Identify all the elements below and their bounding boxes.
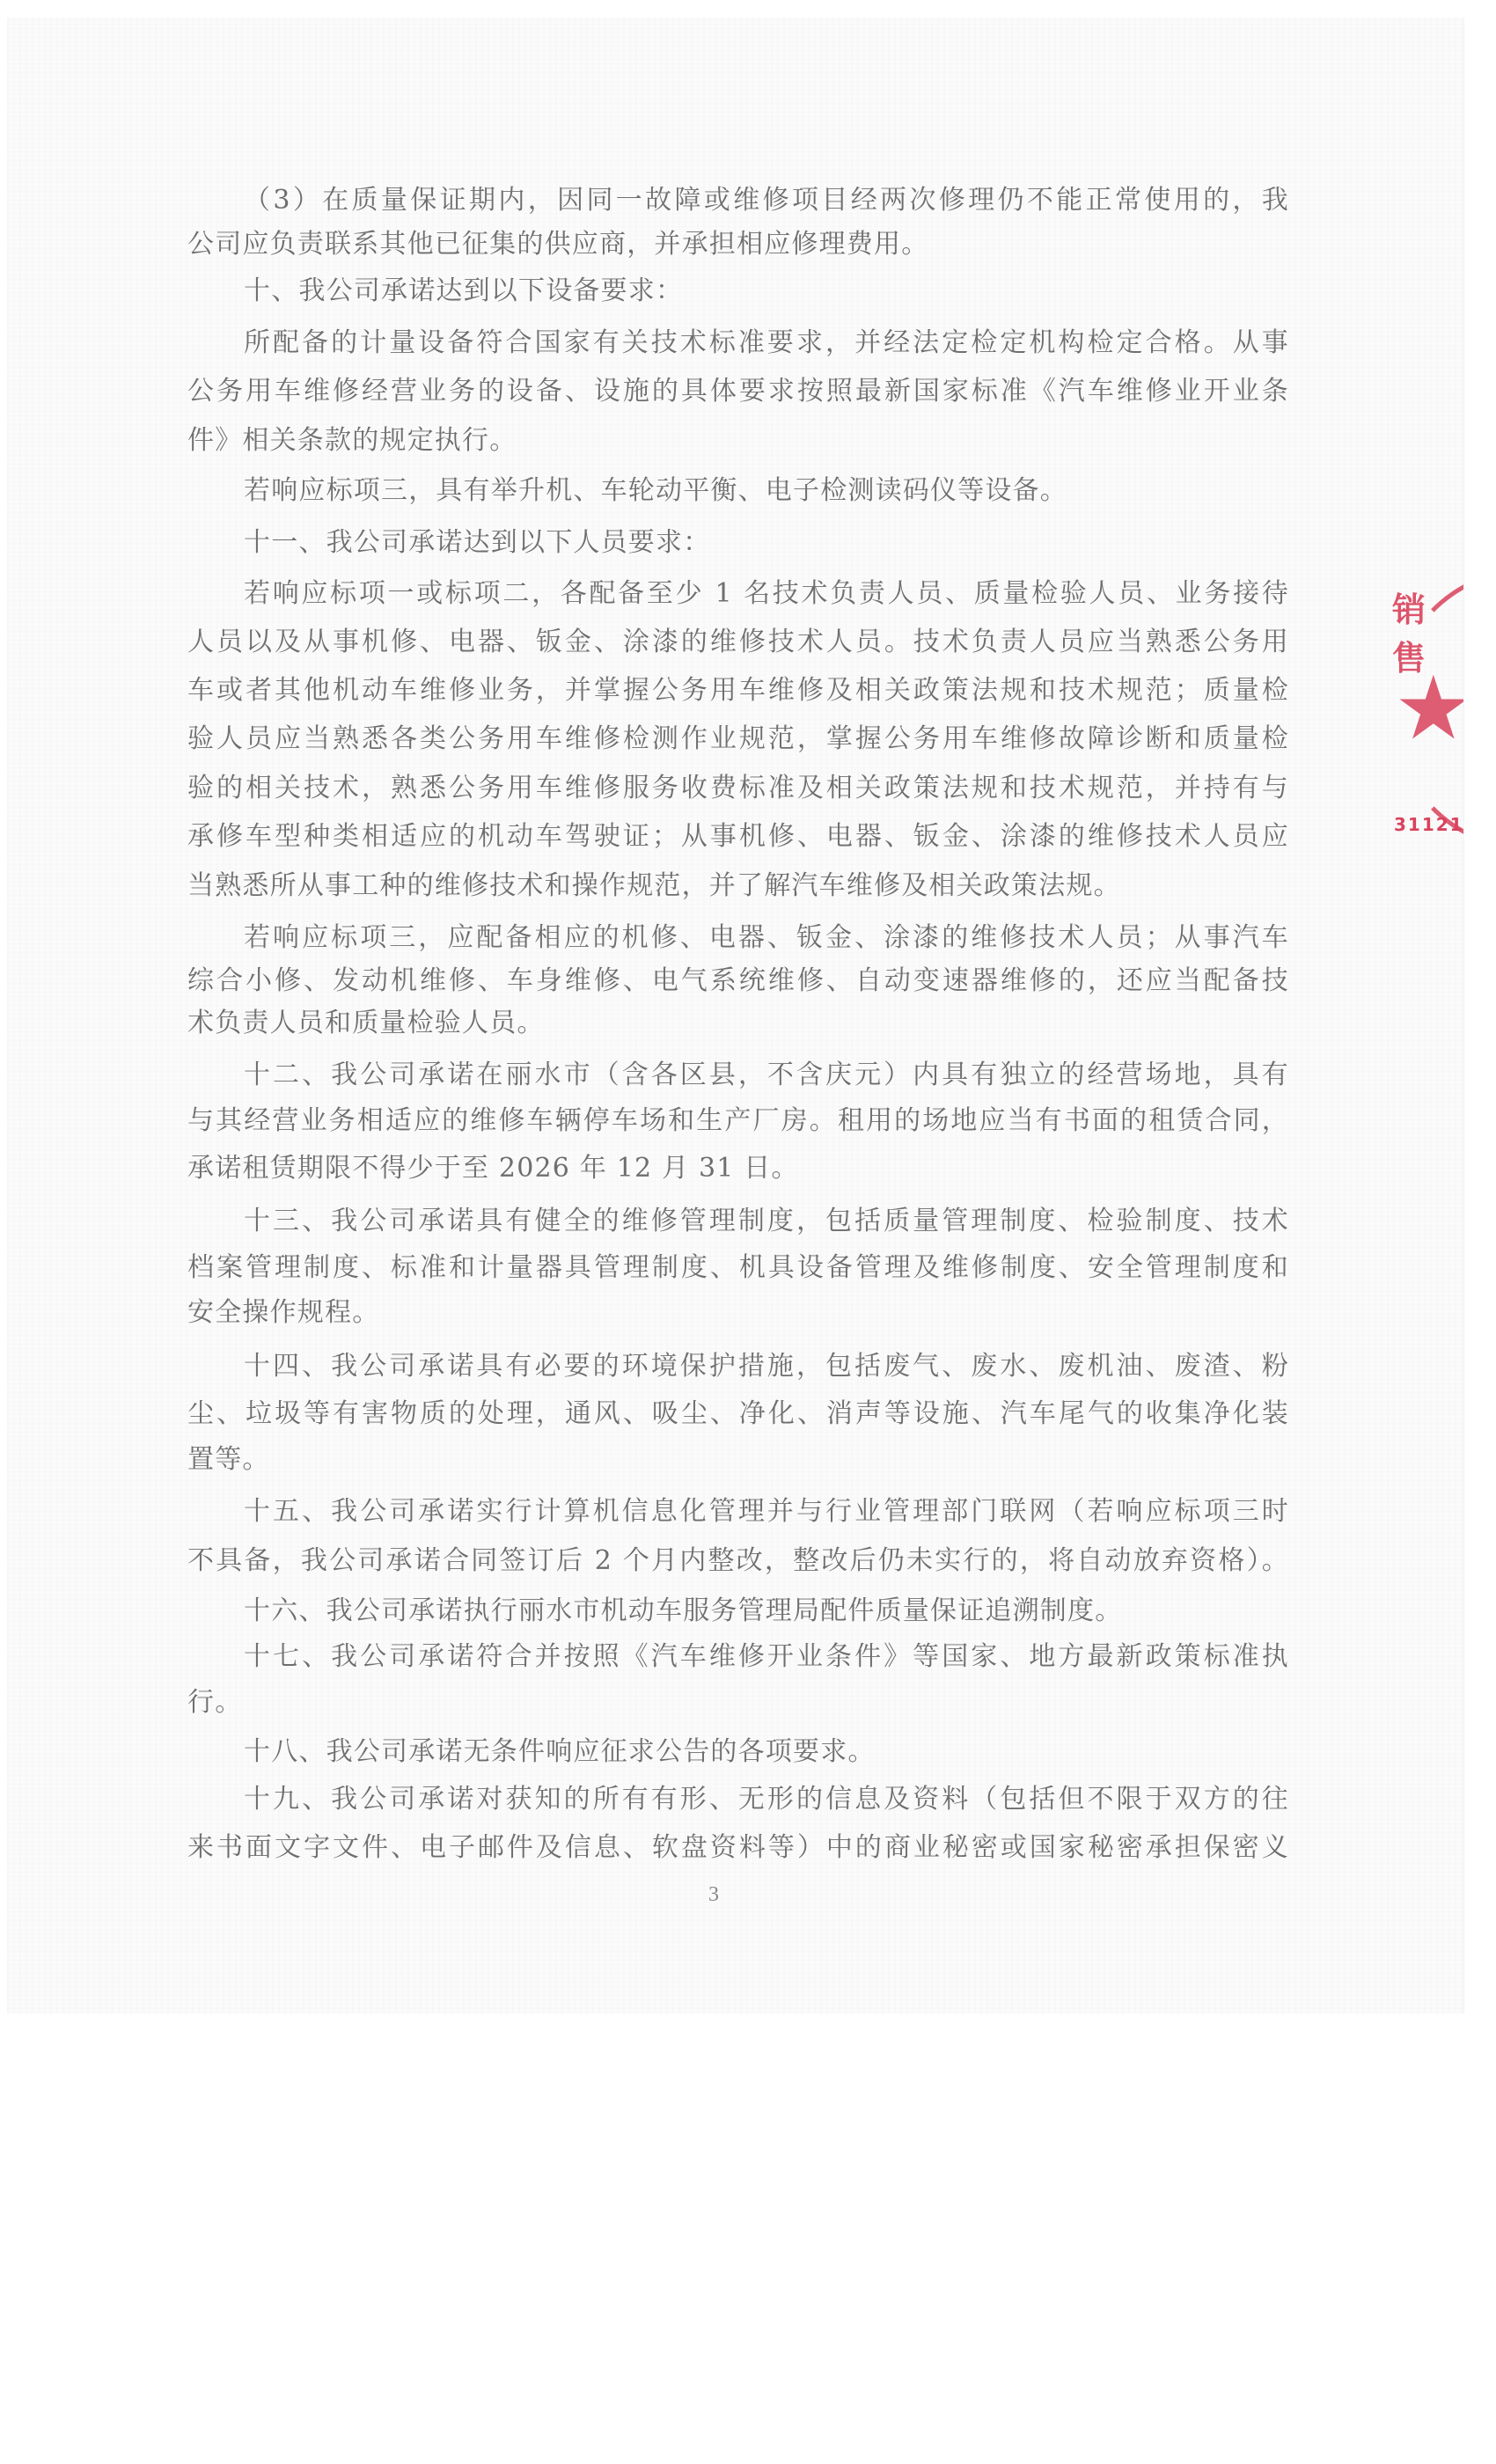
text-line: 车或者其他机动车维修业务，并掌握公务用车维修及相关政策法规和技术规范；质量检 — [187, 673, 1289, 708]
star-icon: ★ — [1394, 664, 1463, 752]
text-line: 验的相关技术，熟悉公务用车维修服务收费标准及相关政策法规和技术规范，并持有与 — [187, 771, 1289, 806]
text-line: 公司应负责联系其他已征集的供应商，并承担相应修理费用。 — [187, 227, 1289, 262]
text-line: 综合小修、发动机维修、车身维修、电气系统维修、自动变速器维修的，还应当配备技 — [187, 964, 1289, 999]
text-line: 件》相关条款的规定执行。 — [187, 423, 1289, 458]
text-line: 十九、我公司承诺对获知的所有有形、无形的信息及资料（包括但不限于双方的往 — [244, 1782, 1289, 1817]
text-line: 档案管理制度、标准和计量器具管理制度、机具设备管理及维修制度、安全管理制度和 — [187, 1250, 1289, 1286]
text-line: 不具备，我公司承诺合同签订后 2 个月内整改，整改后仍未实行的，将自动放弃资格）… — [187, 1544, 1289, 1579]
text-line: 行。 — [187, 1685, 1289, 1720]
company-seal: 销售 ★ 311211 — [1355, 546, 1463, 862]
text-line: 若响应标项三，应配备相应的机修、电器、钣金、涂漆的维修技术人员；从事汽车 — [244, 920, 1289, 956]
text-line: 十七、我公司承诺符合并按照《汽车维修开业条件》等国家、地方最新政策标准执 — [244, 1639, 1289, 1675]
text-line: 十二、我公司承诺在丽水市（含各区县，不含庆元）内具有独立的经营场地，具有 — [244, 1058, 1289, 1093]
text-line: 承诺租赁期限不得少于至 2026 年 12 月 31 日。 — [187, 1151, 1289, 1186]
text-line: 承修车型种类相适应的机动车驾驶证；从事机修、电器、钣金、涂漆的维修技术人员应 — [187, 819, 1289, 854]
text-line: 验人员应当熟悉各类公务用车维修检测作业规范，掌握公务用车维修故障诊断和质量检 — [187, 722, 1289, 757]
text-line: （3）在质量保证期内，因同一故障或维修项目经两次修理仍不能正常使用的，我 — [244, 183, 1289, 218]
text-line: 当熟悉所从事工种的维修技术和操作规范，并了解汽车维修及相关政策法规。 — [187, 869, 1289, 904]
text-line: 来书面文字文件、电子邮件及信息、软盘资料等）中的商业秘密或国家秘密承担保密义 — [187, 1830, 1289, 1866]
text-line: 尘、垃圾等有害物质的处理，通风、吸尘、净化、消声等设施、汽车尾气的收集净化装 — [187, 1397, 1289, 1432]
page-number: 3 — [708, 1883, 719, 1907]
text-line: 十八、我公司承诺无条件响应征求公告的各项要求。 — [244, 1734, 1289, 1770]
seal-code: 311211 — [1394, 814, 1463, 835]
text-line: 十、我公司承诺达到以下设备要求： — [244, 274, 1289, 309]
text-line: 十一、我公司承诺达到以下人员要求： — [244, 525, 1289, 561]
text-line: 若响应标项三，具有举升机、车轮动平衡、电子检测读码仪等设备。 — [244, 473, 1289, 509]
text-line: 十五、我公司承诺实行计算机信息化管理并与行业管理部门联网（若响应标项三时 — [244, 1494, 1289, 1529]
text-line: 公务用车维修经营业务的设备、设施的具体要求按照最新国家标准《汽车维修业开业条 — [187, 374, 1289, 409]
text-line: 十六、我公司承诺执行丽水市机动车服务管理局配件质量保证追溯制度。 — [244, 1594, 1289, 1629]
text-line: 所配备的计量设备符合国家有关技术标准要求，并经法定检定机构检定合格。从事 — [244, 326, 1289, 361]
text-line: 置等。 — [187, 1442, 1289, 1478]
text-line: 与其经营业务相适应的维修车辆停车场和生产厂房。租用的场地应当有书面的租赁合同， — [187, 1104, 1289, 1139]
text-line: 人员以及从事机修、电器、钣金、涂漆的维修技术人员。技术负责人员应当熟悉公务用 — [187, 625, 1289, 660]
text-line: 十四、我公司承诺具有必要的环境保护措施，包括废气、废水、废机油、废渣、粉 — [244, 1349, 1289, 1384]
text-line: 十三、我公司承诺具有健全的维修管理制度，包括质量管理制度、检验制度、技术 — [244, 1204, 1289, 1239]
text-line: 安全操作规程。 — [187, 1295, 1289, 1331]
text-line: 若响应标项一或标项二，各配备至少 1 名技术负责人员、质量检验人员、业务接待 — [244, 576, 1289, 612]
page-edge — [1463, 18, 1464, 2013]
text-line: 术负责人员和质量检验人员。 — [187, 1006, 1289, 1041]
